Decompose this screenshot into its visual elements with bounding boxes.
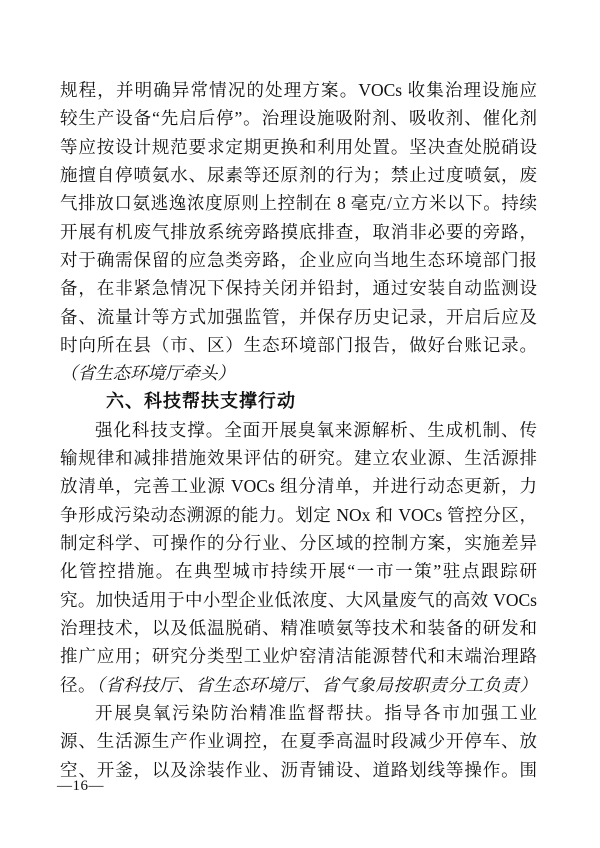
text-line: 推广应用；研究分类型工业炉窑清洁能源替代和末端治理路 — [60, 642, 537, 670]
text-segment-body: 施擅自停喷氨水、尿素等还原剂的行为；禁止过度喷氨，废 — [60, 165, 537, 185]
text-line: 较生产设备“先启后停”。治理设施吸附剂、吸收剂、催化剂 — [60, 104, 537, 132]
text-line: 备、流量计等方式加强监管，并保存历史记录，开启后应及 — [60, 303, 537, 331]
text-segment-body: 放清单，完善工业源 VOCs 组分清单，并进行动态更新，力 — [60, 476, 537, 496]
text-segment-body: 输规律和减排措施效果评估的研究。建立农业源、生活源排 — [60, 448, 537, 468]
text-segment-body: 开展有机废气排放系统旁路摸底排查，取消非必要的旁路， — [60, 222, 537, 242]
text-line: 径。（省科技厅、省生态环境厅、省气象局按职责分工负责） — [60, 671, 537, 699]
text-line: （省生态环境厅牵头） — [60, 359, 537, 387]
document-page: 规程，并明确异常情况的处理方案。VOCs 收集治理设施应较生产设备“先启后停”。… — [0, 0, 600, 848]
text-line: 放清单，完善工业源 VOCs 组分清单，并进行动态更新，力 — [60, 472, 537, 500]
text-segment-body: 推广应用；研究分类型工业炉窑清洁能源替代和末端治理路 — [60, 646, 537, 666]
text-line: 对于确需保留的应急类旁路，企业应向当地生态环境部门报 — [60, 246, 537, 274]
text-line: 强化科技支撑。全面开展臭氧来源解析、生成机制、传 — [60, 416, 537, 444]
text-line: 化管控措施。在典型城市持续开展“一市一策”驻点跟踪研 — [60, 557, 537, 585]
text-segment-heading: 六、科技帮扶支撑行动 — [106, 391, 296, 411]
text-line: 输规律和减排措施效果评估的研究。建立农业源、生活源排 — [60, 444, 537, 472]
text-line: 争形成污染动态溯源的能力。划定 NOx 和 VOCs 管控分区， — [60, 501, 537, 529]
text-line: 治理技术，以及低温脱硝、精准喷氨等技术和装备的研发和 — [60, 614, 537, 642]
text-line: 施擅自停喷氨水、尿素等还原剂的行为；禁止过度喷氨，废 — [60, 161, 537, 189]
text-segment-body: 规程，并明确异常情况的处理方案。VOCs 收集治理设施应 — [60, 80, 537, 100]
text-segment-kai: （省科技厅、省生态环境厅、省气象局按职责分工负责） — [96, 675, 537, 695]
text-segment-body: 径。 — [60, 675, 96, 695]
text-segment-body: 究。加快适用于中小型企业低浓度、大风量废气的高效 VOCs — [60, 590, 537, 610]
page-number: —16— — [57, 776, 104, 796]
text-line: 备，在非紧急情况下保持关闭并铅封，通过安装自动监测设 — [60, 274, 537, 302]
text-line: 气排放口氨逃逸浓度原则上控制在 8 毫克/立方米以下。持续 — [60, 189, 537, 217]
text-segment-body: 源、生活源生产作业调控，在夏季高温时段减少开停车、放 — [60, 731, 537, 751]
text-segment-body: 等应按设计规范要求定期更换和利用处置。坚决查处脱硝设 — [60, 137, 537, 157]
text-segment-kai: （省生态环境厅牵头） — [60, 363, 235, 383]
text-line: 源、生活源生产作业调控，在夏季高温时段减少开停车、放 — [60, 727, 537, 755]
text-line: 等应按设计规范要求定期更换和利用处置。坚决查处脱硝设 — [60, 133, 537, 161]
text-line: 开展有机废气排放系统旁路摸底排查，取消非必要的旁路， — [60, 218, 537, 246]
section-heading: 六、科技帮扶支撑行动 — [60, 387, 537, 415]
text-segment-body: 争形成污染动态溯源的能力。划定 NOx 和 VOCs 管控分区， — [60, 505, 537, 525]
text-line: 空、开釜，以及涂装作业、沥青铺设、道路划线等操作。围 — [60, 756, 537, 784]
text-line: 究。加快适用于中小型企业低浓度、大风量废气的高效 VOCs — [60, 586, 537, 614]
text-segment-body: 较生产设备“先启后停”。治理设施吸附剂、吸收剂、催化剂 — [60, 108, 537, 128]
text-segment-body: 气排放口氨逃逸浓度原则上控制在 8 毫克/立方米以下。持续 — [60, 193, 537, 213]
text-segment-body: 时向所在县（市、区）生态环境部门报告，做好台账记录。 — [60, 335, 537, 355]
text-segment-body: 空、开釜，以及涂装作业、沥青铺设、道路划线等操作。围 — [60, 760, 537, 780]
text-line: 制定科学、可操作的分行业、分区域的控制方案，实施差异 — [60, 529, 537, 557]
text-segment-body: 对于确需保留的应急类旁路，企业应向当地生态环境部门报 — [60, 250, 537, 270]
text-line: 时向所在县（市、区）生态环境部门报告，做好台账记录。 — [60, 331, 537, 359]
text-segment-body: 化管控措施。在典型城市持续开展“一市一策”驻点跟踪研 — [60, 561, 537, 581]
text-segment-body: 备、流量计等方式加强监管，并保存历史记录，开启后应及 — [60, 307, 537, 327]
text-segment-body: 强化科技支撑。全面开展臭氧来源解析、生成机制、传 — [95, 420, 537, 440]
document-body: 规程，并明确异常情况的处理方案。VOCs 收集治理设施应较生产设备“先启后停”。… — [60, 76, 537, 784]
text-segment-body: 治理技术，以及低温脱硝、精准喷氨等技术和装备的研发和 — [60, 618, 537, 638]
text-line: 开展臭氧污染防治精准监督帮扶。指导各市加强工业 — [60, 699, 537, 727]
text-segment-body: 制定科学、可操作的分行业、分区域的控制方案，实施差异 — [60, 533, 537, 553]
text-line: 规程，并明确异常情况的处理方案。VOCs 收集治理设施应 — [60, 76, 537, 104]
text-segment-body: 备，在非紧急情况下保持关闭并铅封，通过安装自动监测设 — [60, 278, 537, 298]
text-segment-body: 开展臭氧污染防治精准监督帮扶。指导各市加强工业 — [95, 703, 537, 723]
